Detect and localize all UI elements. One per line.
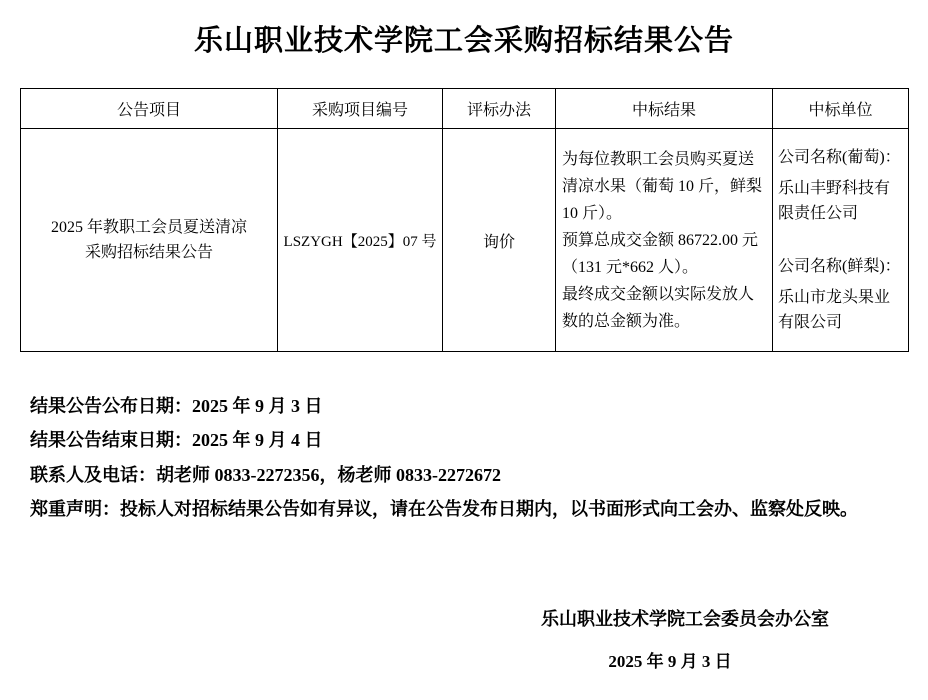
end-date-line: 结果公告结束日期：2025 年 9 月 4 日 [30,428,323,452]
result-paragraph: 最终成交金额以实际发放人数的总金额为准。 [562,281,766,335]
table-header-row: 公告项目 采购项目编号 评标办法 中标结果 中标单位 [21,89,909,129]
winner-block-pear: 公司名称(鲜梨)： 乐山市龙头果业有限公司 [778,254,903,335]
table-row: 2025 年教职工会员夏送清凉采购招标结果公告 LSZYGH【2025】07 号… [21,129,909,352]
cell-bid-result: 为每位教职工会员购买夏送清凉水果（葡萄 10 斤，鲜梨 10 斤）。 预算总成交… [556,129,773,352]
signature-office: 乐山职业技术学院工会委员会办公室 [450,605,920,631]
header-result: 中标结果 [556,89,773,129]
publish-date-line: 结果公告公布日期：2025 年 9 月 3 日 [30,394,323,418]
page-title: 乐山职业技术学院工会采购招标结果公告 [0,18,928,59]
cell-evaluation-method: 询价 [443,129,556,352]
cell-project-name: 2025 年教职工会员夏送清凉采购招标结果公告 [21,129,278,352]
result-paragraph: 为每位教职工会员购买夏送清凉水果（葡萄 10 斤，鲜梨 10 斤）。 [562,146,766,227]
cell-project-code: LSZYGH【2025】07 号 [278,129,443,352]
winner-block-grape: 公司名称(葡萄)： 乐山丰野科技有限责任公司 [778,145,903,226]
header-project-code: 采购项目编号 [278,89,443,129]
winner-label: 公司名称(葡萄)： [778,145,903,170]
signature-date: 2025 年 9 月 3 日 [430,647,910,672]
winner-label: 公司名称(鲜梨)： [778,254,903,279]
results-table: 公告项目 采购项目编号 评标办法 中标结果 中标单位 2025 年教职工会员夏送… [20,88,909,352]
statement-line: 郑重声明：投标人对招标结果公告如有异议，请在公告发布日期内，以书面形式向工会办、… [30,497,858,521]
contact-line: 联系人及电话：胡老师 0833-2272356，杨老师 0833-2272672 [30,463,501,487]
result-paragraph: 预算总成交金额 86722.00 元（131 元*662 人）。 [562,227,766,281]
cell-winning-companies: 公司名称(葡萄)： 乐山丰野科技有限责任公司 公司名称(鲜梨)： 乐山市龙头果业… [773,129,909,352]
header-evaluation-method: 评标办法 [443,89,556,129]
header-winner: 中标单位 [773,89,909,129]
header-project: 公告项目 [21,89,278,129]
winner-company: 乐山丰野科技有限责任公司 [778,176,903,226]
winner-company: 乐山市龙头果业有限公司 [778,285,903,335]
